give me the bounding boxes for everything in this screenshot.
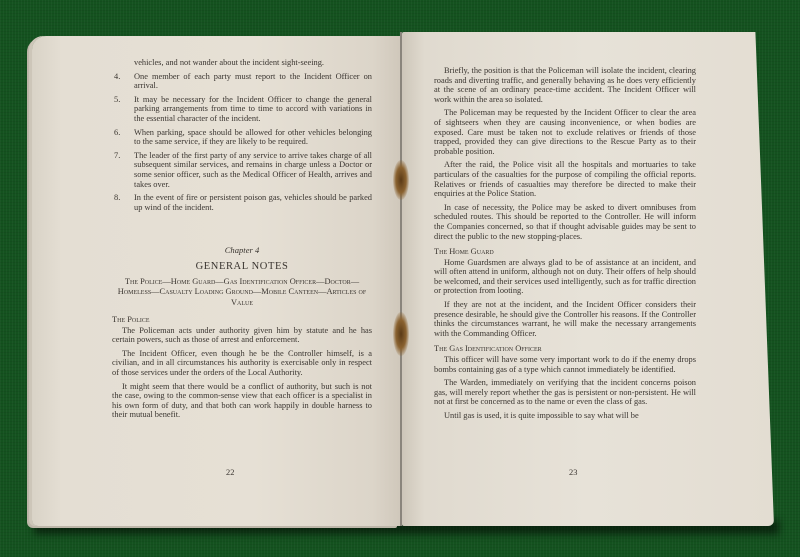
paragraph: The Warden, immediately on verifying tha… — [434, 378, 696, 407]
continuation-text: vehicles, and not wander about the incid… — [112, 58, 372, 68]
paragraph: Until gas is used, it is quite impossibl… — [434, 411, 696, 421]
paragraph: Briefly, the position is that the Police… — [434, 66, 696, 104]
paragraph: Home Guardsmen are always glad to be of … — [434, 258, 696, 296]
paragraph: The Policeman may be requested by the In… — [434, 108, 696, 156]
numbered-item: 5.It may be necessary for the Incident O… — [112, 95, 372, 124]
section-heading-gas-officer: The Gas Identification Officer — [434, 344, 696, 354]
paragraph: In case of necessity, the Police may be … — [434, 203, 696, 241]
page-number-left: 22 — [226, 468, 234, 477]
numbered-item: 6.When parking, space should be allowed … — [112, 128, 372, 147]
paragraph: The Policeman acts under authority given… — [112, 326, 372, 345]
paragraph: The Incident Officer, even though he be … — [112, 349, 372, 378]
chapter-synopsis: The Police—Home Guard—Gas Identification… — [112, 277, 372, 309]
right-page-text: Briefly, the position is that the Police… — [434, 66, 696, 425]
paragraph: This officer will have some very importa… — [434, 355, 696, 374]
left-page-text: vehicles, and not wander about the incid… — [112, 58, 372, 424]
paragraph: It might seem that there would be a conf… — [112, 382, 372, 420]
staple-rust-stain-top — [393, 160, 409, 200]
page-number-right: 23 — [569, 468, 577, 477]
section-heading-home-guard: The Home Guard — [434, 247, 696, 257]
numbered-item: 7.The leader of the first party of any s… — [112, 151, 372, 189]
numbered-item: 4.One member of each party must report t… — [112, 72, 372, 91]
paragraph: After the raid, the Police visit all the… — [434, 160, 696, 198]
numbered-item: 8.In the event of fire or persistent poi… — [112, 193, 372, 212]
booklet-spine — [400, 32, 402, 526]
paragraph: If they are not at the incident, and the… — [434, 300, 696, 338]
chapter-label: Chapter 4 — [112, 246, 372, 256]
staple-rust-stain-bottom — [393, 312, 409, 356]
chapter-title: GENERAL NOTES — [112, 262, 372, 272]
section-heading-police: The Police — [112, 315, 372, 325]
